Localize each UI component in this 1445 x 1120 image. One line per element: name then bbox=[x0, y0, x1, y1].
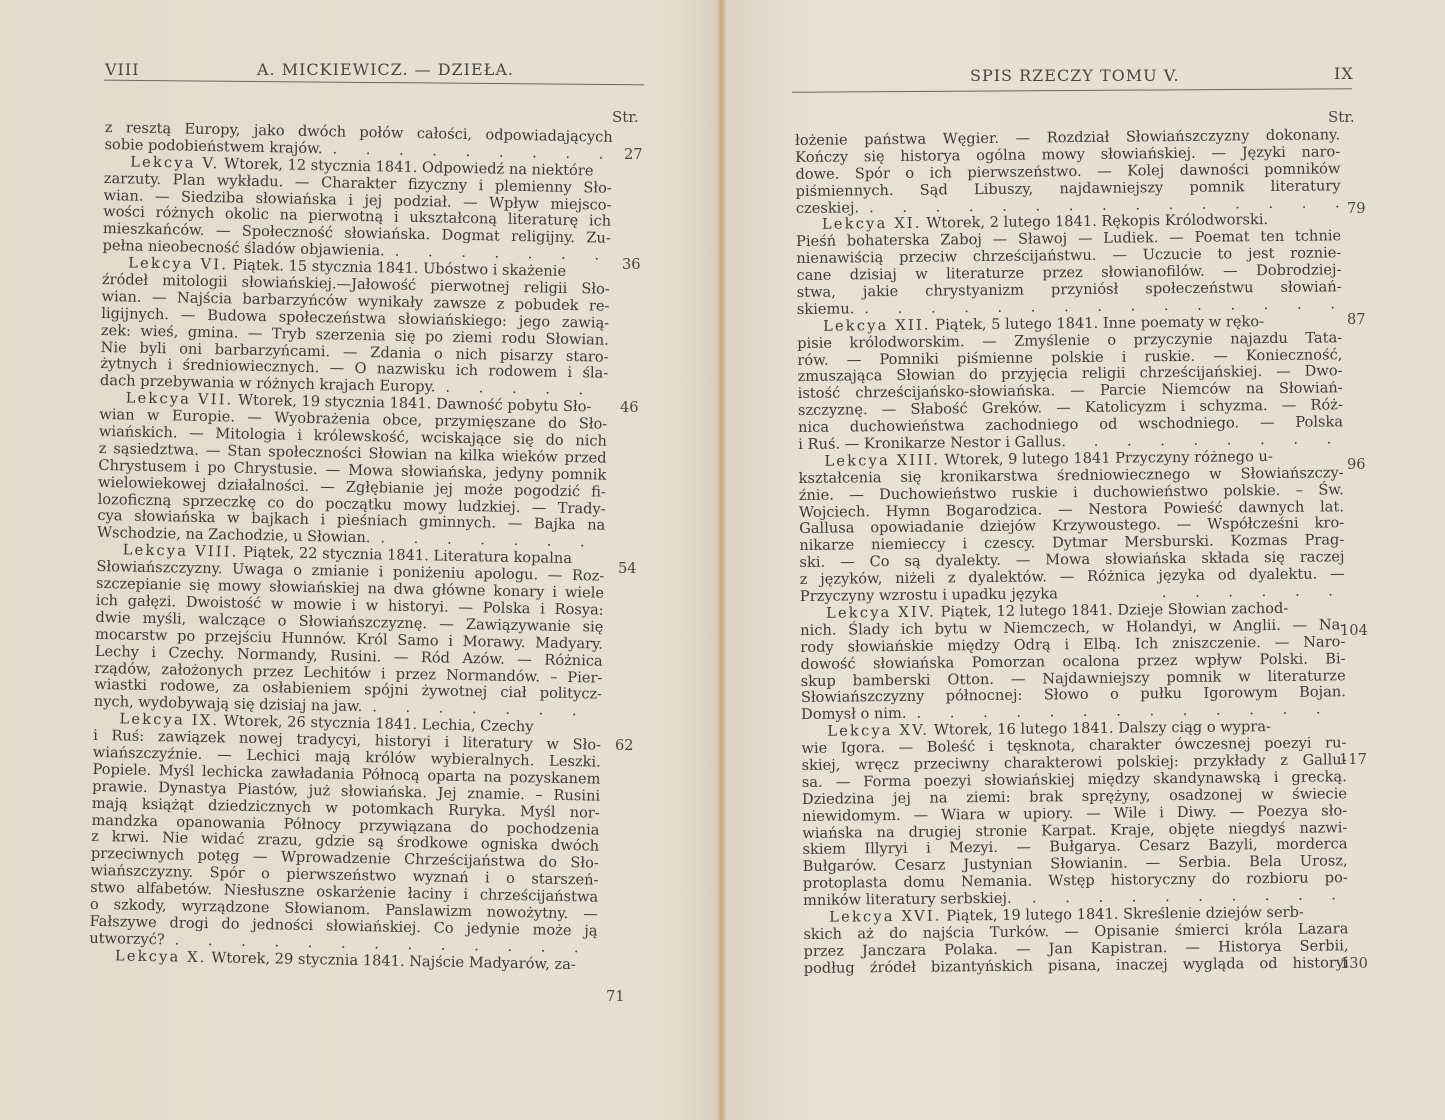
toc-entry: Lekcya VIII. Piątek, 22 stycznia 1841. L… bbox=[94, 542, 605, 721]
page-ref: 27 bbox=[624, 146, 643, 163]
lekcya-label: Lekcya XIII. bbox=[798, 451, 940, 469]
lekcya-label: Lekcya XV. bbox=[801, 722, 929, 740]
lekcya-label: Lekcya XI. bbox=[796, 215, 922, 233]
toc-list: łożenie państwa Węgier. — Rozdział Słowi… bbox=[795, 127, 1349, 977]
toc-entry: Lekcya V. Wtorek, 12 stycznia 1841. Odpo… bbox=[102, 154, 612, 265]
page-ref: 46 bbox=[620, 399, 639, 416]
toc-entry: Lekcya XII. Piątek, 5 lutego 1841. Inne … bbox=[797, 313, 1343, 454]
page-ref: 117 bbox=[1339, 751, 1367, 768]
entry-line: czeskiej. bbox=[796, 200, 859, 218]
page-ref: 87 bbox=[1347, 311, 1366, 328]
header-rule bbox=[792, 88, 1352, 92]
lekcya-label: Lekcya XIV. bbox=[800, 603, 936, 621]
page-ref: 71 bbox=[606, 988, 625, 1005]
toc-entry: Lekcya XIV. Piątek, 12 lutego 1841. Dzie… bbox=[800, 600, 1346, 724]
page-ref: 36 bbox=[622, 256, 641, 273]
lekcya-label: Lekcya XVI. bbox=[803, 907, 942, 925]
page-ref: 130 bbox=[1340, 955, 1368, 972]
toc-entry: Lekcya XV. Wtorek, 16 lutego 1841. Dalsz… bbox=[801, 718, 1348, 909]
entry-line: podług źródeł bizantyńskich pisana, inac… bbox=[804, 955, 1349, 978]
str-column-label: Str. bbox=[1328, 108, 1355, 126]
page-ref: 62 bbox=[615, 737, 634, 754]
right-running-title: SPIS RZECZY TOMU V. bbox=[970, 66, 1180, 85]
page-ref: 79 bbox=[1347, 200, 1366, 217]
page-ref: 104 bbox=[1340, 622, 1368, 639]
entry-line: skiemu. bbox=[797, 301, 855, 318]
toc-entry: Lekcya XI. Wtorek, 2 lutego 1841. Rękopi… bbox=[796, 212, 1342, 319]
toc-entry: Lekcya VII. Wtorek, 19 stycznia 1841. Da… bbox=[97, 390, 608, 552]
toc-entry: Lekcya VI. Piątek. 15 stycznia 1841. Ubó… bbox=[100, 255, 611, 400]
toc-list: z resztą Europy, jako dwóch połów całośc… bbox=[89, 120, 613, 974]
left-running-title: A. MICKIEWICZ. — DZIEŁA. bbox=[257, 60, 514, 79]
toc-entry: Lekcya XIII. Wtorek, 9 lutego 1841 Przyc… bbox=[798, 448, 1345, 606]
toc-entry: łożenie państwa Węgier. — Rozdział Słowi… bbox=[795, 127, 1341, 217]
page-ref: 54 bbox=[618, 560, 637, 577]
str-column-label: Str. bbox=[612, 108, 639, 126]
left-page-number: VIII bbox=[105, 60, 140, 79]
lekcya-label: Lekcya XII. bbox=[797, 316, 931, 334]
lekcya-label: Lekcya V. bbox=[104, 153, 220, 172]
right-page-number: IX bbox=[1334, 64, 1354, 83]
right-page: SPIS RZECZY TOMU V. IX Str. łożenie pańs… bbox=[722, 0, 1445, 1120]
page-ref: 96 bbox=[1347, 456, 1366, 473]
header-rule bbox=[104, 80, 644, 86]
lekcya-label: Lekcya X. bbox=[89, 946, 207, 965]
left-page: VIII A. MICKIEWICZ. — DZIEŁA. Str. z res… bbox=[0, 0, 718, 1120]
toc-entry: Lekcya XVI. Piątek, 19 lutego 1841. Skre… bbox=[803, 904, 1349, 977]
toc-entry: Lekcya IX. Wtorek, 26 stycznia 1841. Lec… bbox=[89, 711, 601, 957]
